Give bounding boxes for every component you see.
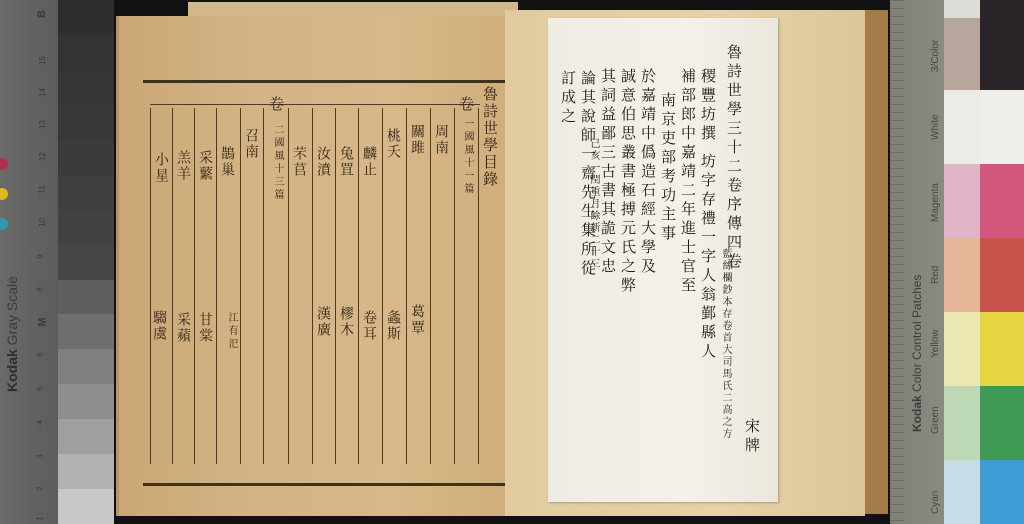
patch-label: Yellow	[930, 329, 941, 358]
gray-step-number: 11	[38, 185, 47, 193]
toc-entry: 小星	[154, 152, 168, 184]
juan-2-subtitle: 二國風十三篇	[272, 124, 282, 202]
gray-step-number: 14	[38, 88, 47, 97]
gray-step-number: 15	[38, 56, 47, 65]
gray-step-number: 2	[36, 486, 45, 490]
juan-2-header: 卷	[268, 96, 283, 113]
gray-scale-label: Kodak Gray Scale	[4, 276, 20, 392]
cyan-dot-icon	[0, 218, 8, 230]
patch-label: Magenta	[930, 183, 941, 222]
toc-entry: 采蘩	[198, 150, 212, 182]
note-column: 其詞益鄙三古書其詭文忠	[600, 68, 615, 277]
patch-white	[944, 90, 1024, 164]
gray-scale-top-marker: B	[36, 10, 48, 18]
toc-entry: 芣苢	[292, 146, 306, 178]
toc-entry: 漢廣	[316, 306, 330, 338]
toc-entry: 江有汜	[226, 312, 236, 351]
juan-1-subtitle: 一國風十一篇	[462, 118, 472, 196]
magenta-dot-icon	[0, 158, 8, 170]
gray-scale-steps	[58, 0, 114, 524]
patch-top	[944, 0, 1024, 18]
note-column: 訂成之	[560, 70, 575, 127]
toc-entry: 樛木	[339, 306, 353, 338]
note-column: 補部郎中嘉靖二年進士官至	[680, 68, 695, 296]
juan-1-header: 卷	[458, 96, 473, 113]
toc-entry: 麟止	[362, 146, 376, 178]
toc-entry: 螽斯	[386, 310, 400, 342]
patch-green	[944, 386, 1024, 460]
toc-entry: 桃夭	[386, 128, 400, 160]
section-zhounan: 周南	[434, 124, 448, 156]
patch-magenta	[944, 164, 1024, 238]
toc-entry: 關雎	[410, 124, 424, 156]
kodak-gray-scale-card: B M 15 14 13 12 11 10 9 8 6 5 4 3 2 1 Ko…	[0, 0, 58, 524]
gray-step-number: 8	[36, 287, 45, 291]
toc-entry: 甘棠	[198, 312, 212, 344]
ruler-ticks	[890, 0, 904, 524]
note-column: 於嘉靖中僞造石經大學及	[640, 68, 655, 277]
note-column: 誠意伯思叢書極搏元氏之弊	[620, 68, 635, 296]
yellow-dot-icon	[0, 188, 8, 200]
gray-step-number: 1	[36, 516, 45, 520]
back-page-edge	[188, 2, 518, 16]
note-seal-text: 宋牌	[744, 418, 759, 456]
gray-step-number: 3	[36, 454, 45, 458]
gray-step-number: 6	[36, 352, 45, 356]
color-patches	[944, 0, 1024, 524]
patch-3color	[944, 18, 1024, 90]
patch-label: Green	[930, 406, 941, 434]
patch-label: White	[930, 114, 941, 140]
toc-entry: 鵲巢	[220, 146, 234, 178]
book-title-column: 魯詩世學目錄	[482, 86, 497, 188]
gray-step-number: 4	[36, 420, 45, 424]
page-frame-border	[143, 80, 505, 486]
note-margin-small: 藍絲欄鈔本存卷首大司馬氏二高之方	[720, 248, 730, 440]
patch-label: Red	[930, 266, 941, 284]
kodak-color-control-card: Kodak Color Control Patches 3/Color Whit…	[890, 0, 944, 524]
gray-step-number: 13	[38, 120, 47, 129]
gray-step-number: 9	[36, 254, 45, 258]
color-card-label: Kodak Color Control Patches	[910, 275, 924, 432]
toc-entry: 兔罝	[339, 146, 353, 178]
note-date-column: 己亥一閏重月餘新二十三	[588, 138, 598, 270]
patch-cyan	[944, 460, 1024, 524]
toc-entry: 葛覃	[410, 304, 424, 336]
toc-entry: 采蘋	[176, 312, 190, 344]
toc-entry: 羔羊	[176, 150, 190, 182]
note-column: 魯詩世學三十二卷序傳四卷	[726, 44, 741, 272]
handwritten-note-slip: 魯詩世學三十二卷序傳四卷 藍絲欄鈔本存卷首大司馬氏二高之方 宋牌 稷豐坊撰 坊字…	[548, 18, 778, 502]
gray-scale-mid-marker: M	[37, 317, 49, 326]
patch-label: Cyan	[930, 491, 941, 514]
toc-entry: 汝濆	[316, 146, 330, 178]
note-column: 稷豐坊撰 坊字存禮一字人翁鄞縣人	[700, 68, 715, 362]
toc-entry: 騶虞	[152, 310, 166, 342]
section-shaonan: 召南	[244, 128, 258, 160]
gray-step-number: 5	[36, 386, 45, 390]
gray-step-number: 12	[38, 152, 47, 161]
header-rule	[150, 104, 480, 105]
patch-yellow	[944, 312, 1024, 386]
gray-step-number: 10	[38, 218, 47, 227]
patch-label: 3/Color	[930, 40, 941, 72]
toc-entry: 卷耳	[362, 310, 376, 342]
patch-red	[944, 238, 1024, 312]
note-column: 南京吏部考功主事	[660, 92, 675, 244]
